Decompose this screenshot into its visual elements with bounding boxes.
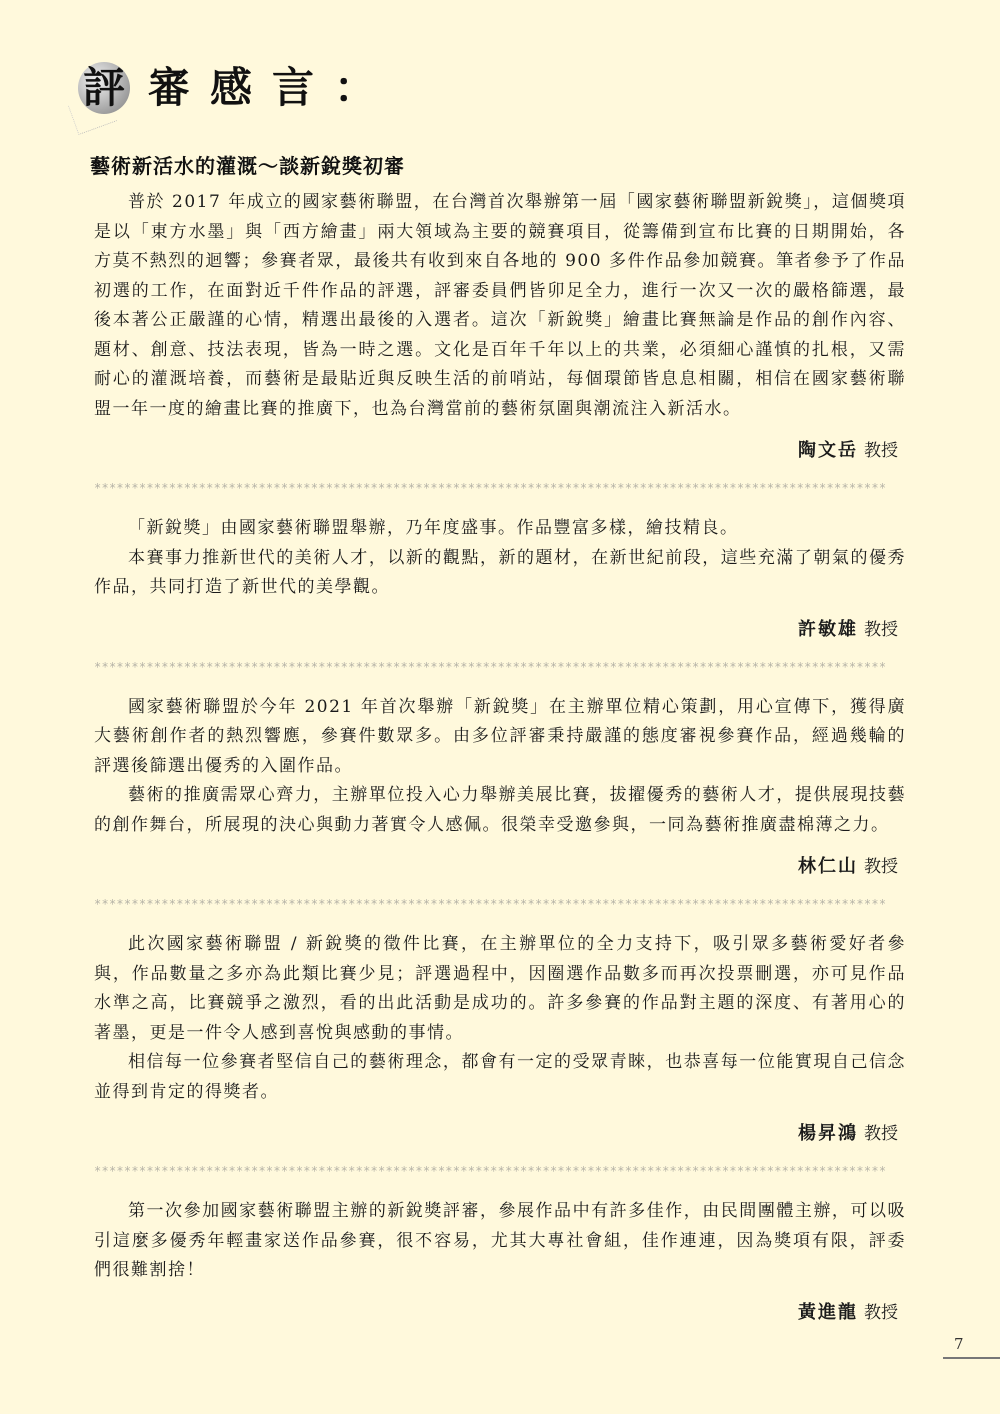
asterisk-divider: ****************************************… xyxy=(94,659,906,675)
title-char: 言 xyxy=(272,67,314,109)
paragraph: 國家藝術聯盟於今年 2021 年首次舉辦「新銳獎」在主辦單位精心策劃，用心宣傳下… xyxy=(94,693,906,782)
page-number: 7 xyxy=(954,1335,964,1353)
page-header: 評 審 感 言 ： xyxy=(78,62,376,114)
paragraph: 此次國家藝術聯盟 / 新銳獎的徵件比賽，在主辦單位的全力支持下，吸引眾多藝術愛好… xyxy=(94,930,906,1048)
signature: 黃進龍教授 xyxy=(94,1298,898,1328)
signature: 許敏雄教授 xyxy=(94,615,898,645)
title-char: ： xyxy=(334,67,376,109)
article-subtitle: 藝術新活水的灌溉～談新銳獎初審 xyxy=(90,150,405,179)
asterisk-divider: ****************************************… xyxy=(94,1163,906,1179)
reviewer-name: 林仁山 xyxy=(798,856,858,877)
reviewer-name: 陶文岳 xyxy=(798,440,858,461)
reviewer-name: 黃進龍 xyxy=(798,1302,858,1323)
reviewer-name: 楊昇鴻 xyxy=(798,1123,858,1144)
review-section-1: 普於 2017 年成立的國家藝術聯盟，在台灣首次舉辦第一屆「國家藝術聯盟新銳獎」… xyxy=(94,188,906,466)
review-section-4: 此次國家藝術聯盟 / 新銳獎的徵件比賽，在主辦單位的全力支持下，吸引眾多藝術愛好… xyxy=(94,930,906,1149)
paragraph: 相信每一位參賽者堅信自己的藝術理念，都會有一定的受眾青睞，也恭喜每一位能實現自己… xyxy=(94,1048,906,1107)
paragraph: 本賽事力推新世代的美術人才，以新的觀點，新的題材，在新世紀前段，這些充滿了朝氣的… xyxy=(94,544,906,603)
signature: 林仁山教授 xyxy=(94,852,898,882)
asterisk-divider: ****************************************… xyxy=(94,896,906,912)
asterisk-divider: ****************************************… xyxy=(94,480,906,496)
review-section-5: 第一次參加國家藝術聯盟主辦的新銳獎評審，參展作品中有許多佳作，由民間團體主辦，可… xyxy=(94,1197,906,1328)
title-first-char: 評 xyxy=(83,67,125,109)
globe-emblem-icon: 評 xyxy=(78,62,130,114)
title-char: 感 xyxy=(210,67,252,109)
reviewer-title: 教授 xyxy=(864,1124,898,1144)
paragraph: 普於 2017 年成立的國家藝術聯盟，在台灣首次舉辦第一屆「國家藝術聯盟新銳獎」… xyxy=(94,188,906,424)
review-section-3: 國家藝術聯盟於今年 2021 年首次舉辦「新銳獎」在主辦單位精心策劃，用心宣傳下… xyxy=(94,693,906,883)
reviewer-title: 教授 xyxy=(864,1303,898,1323)
article-body: 普於 2017 年成立的國家藝術聯盟，在台灣首次舉辦第一屆「國家藝術聯盟新銳獎」… xyxy=(94,188,906,1328)
paragraph: 「新銳獎」由國家藝術聯盟舉辦，乃年度盛事。作品豐富多樣，繪技精良。 xyxy=(94,514,906,544)
reviewer-title: 教授 xyxy=(864,857,898,877)
title-char: 審 xyxy=(148,67,190,109)
page-title: 審 感 言 ： xyxy=(148,67,376,109)
signature: 陶文岳教授 xyxy=(94,436,898,466)
page-number-rule xyxy=(943,1357,1000,1359)
review-section-2: 「新銳獎」由國家藝術聯盟舉辦，乃年度盛事。作品豐富多樣，繪技精良。 本賽事力推新… xyxy=(94,514,906,645)
signature: 楊昇鴻教授 xyxy=(94,1119,898,1149)
paragraph: 藝術的推廣需眾心齊力，主辦單位投入心力舉辦美展比賽，拔擢優秀的藝術人才，提供展現… xyxy=(94,781,906,840)
reviewer-title: 教授 xyxy=(864,441,898,461)
reviewer-title: 教授 xyxy=(864,620,898,640)
reviewer-name: 許敏雄 xyxy=(798,619,858,640)
paragraph: 第一次參加國家藝術聯盟主辦的新銳獎評審，參展作品中有許多佳作，由民間團體主辦，可… xyxy=(94,1197,906,1286)
